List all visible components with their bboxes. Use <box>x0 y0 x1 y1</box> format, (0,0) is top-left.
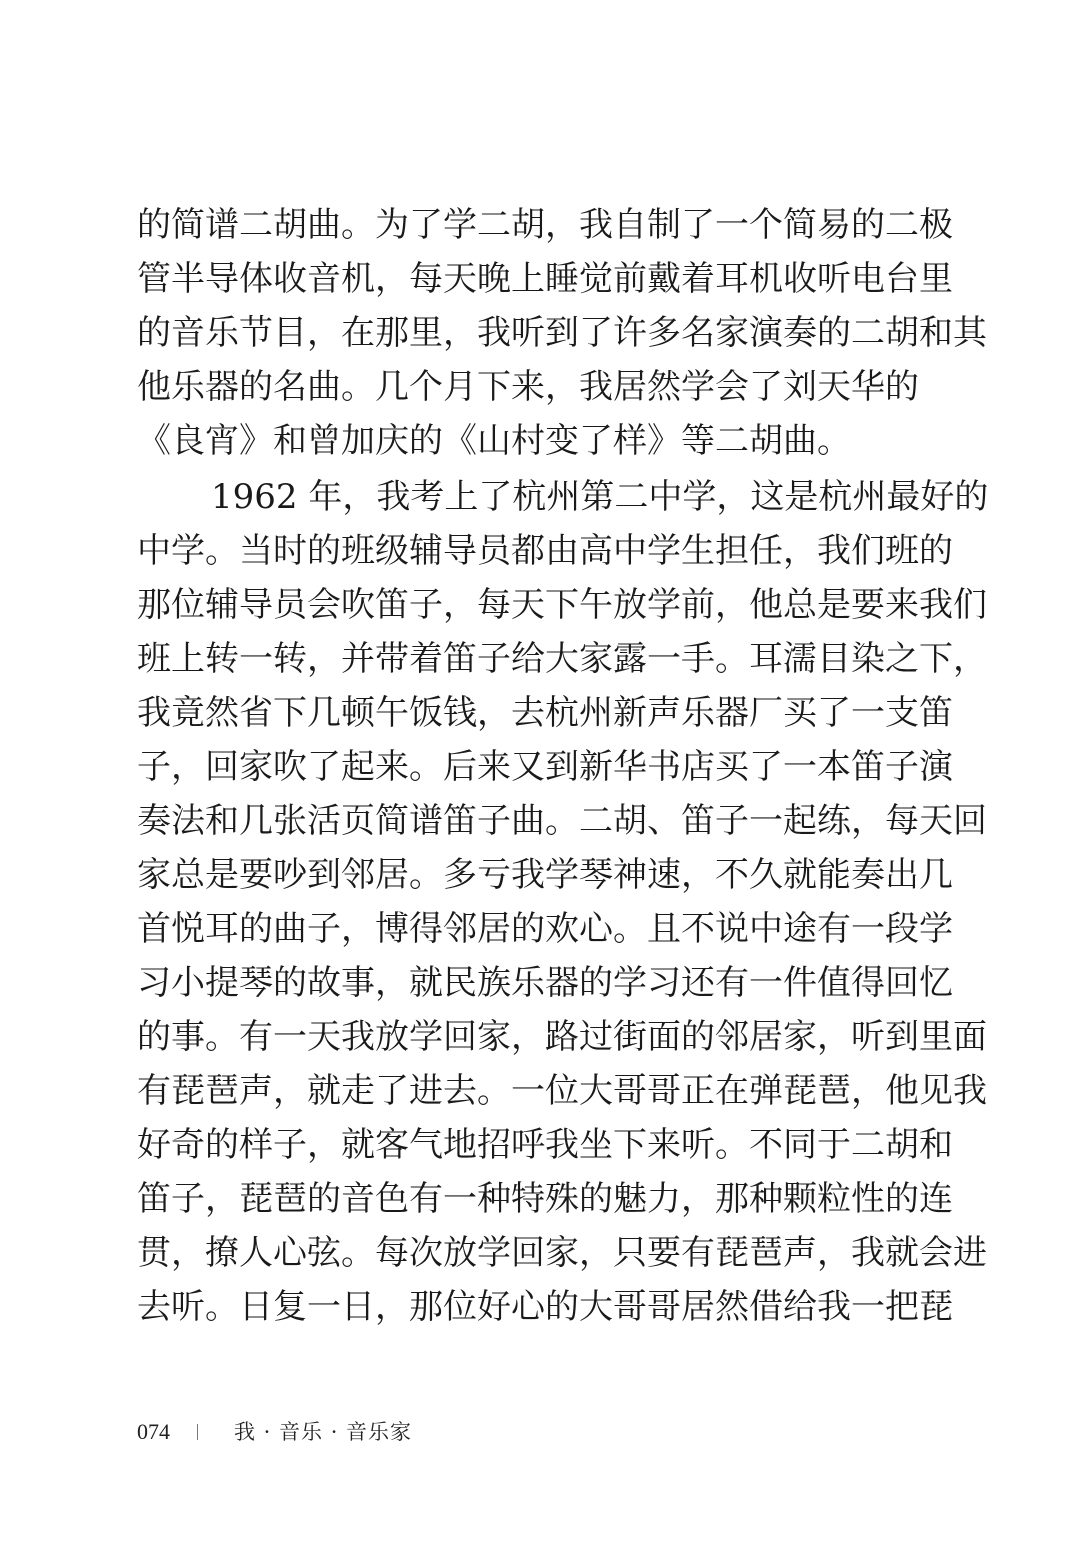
text-line: 班上转一转，并带着笛子给大家露一手。耳濡目染之下， <box>137 632 882 686</box>
text-line: 中学。当时的班级辅导员都由高中学生担任，我们班的 <box>137 524 882 578</box>
text-line: 那位辅导员会吹笛子，每天下午放学前，他总是要来我们 <box>137 578 882 632</box>
paragraph-2: 1962 年，我考上了杭州第二中学，这是杭州最好的 中学。当时的班级辅导员都由高… <box>137 470 882 1334</box>
text-line: 我竟然省下几顿午饭钱，去杭州新声乐器厂买了一支笛 <box>137 686 882 740</box>
text-line: 的音乐节目，在那里，我听到了许多名家演奏的二胡和其 <box>137 306 882 360</box>
text-line: 《良宵》和曾加庆的《山村变了样》等二胡曲。 <box>137 414 882 468</box>
page-body: 的简谱二胡曲。为了学二胡，我自制了一个简易的二极 管半导体收音机，每天晚上睡觉前… <box>137 198 882 1334</box>
text-line: 子，回家吹了起来。后来又到新华书店买了一本笛子演 <box>137 740 882 794</box>
paragraph-1: 的简谱二胡曲。为了学二胡，我自制了一个简易的二极 管半导体收音机，每天晚上睡觉前… <box>137 198 882 468</box>
text-line: 家总是要吵到邻居。多亏我学琴神速，不久就能奏出几 <box>137 848 882 902</box>
text-line: 笛子，琵琶的音色有一种特殊的魅力，那种颗粒性的连 <box>137 1172 882 1226</box>
text-line: 贯，撩人心弦。每次放学回家，只要有琵琶声，我就会进 <box>137 1226 882 1280</box>
footer-separator <box>197 1424 198 1440</box>
text-line: 有琵琶声，就走了进去。一位大哥哥正在弹琵琶，他见我 <box>137 1064 882 1118</box>
text-line: 的事。有一天我放学回家，路过街面的邻居家，听到里面 <box>137 1010 882 1064</box>
text-line: 1962 年，我考上了杭州第二中学，这是杭州最好的 <box>137 470 882 524</box>
text-line: 奏法和几张活页简谱笛子曲。二胡、笛子一起练，每天回 <box>137 794 882 848</box>
text-line: 去听。日复一日，那位好心的大哥哥居然借给我一把琵 <box>137 1280 882 1334</box>
text-line: 首悦耳的曲子，博得邻居的欢心。且不说中途有一段学 <box>137 902 882 956</box>
text-line: 习小提琴的故事，就民族乐器的学习还有一件值得回忆 <box>137 956 882 1010</box>
text-line: 他乐器的名曲。几个月下来，我居然学会了刘天华的 <box>137 360 882 414</box>
page-number: 074 <box>137 1414 197 1450</box>
text-line: 管半导体收音机，每天晚上睡觉前戴着耳机收听电台里 <box>137 252 882 306</box>
text-line: 的简谱二胡曲。为了学二胡，我自制了一个简易的二极 <box>137 198 882 252</box>
text-line: 好奇的样子，就客气地招呼我坐下来听。不同于二胡和 <box>137 1118 882 1172</box>
page-footer: 074 我 · 音乐 · 音乐家 <box>137 1414 412 1450</box>
running-title: 我 · 音乐 · 音乐家 <box>234 1414 412 1450</box>
